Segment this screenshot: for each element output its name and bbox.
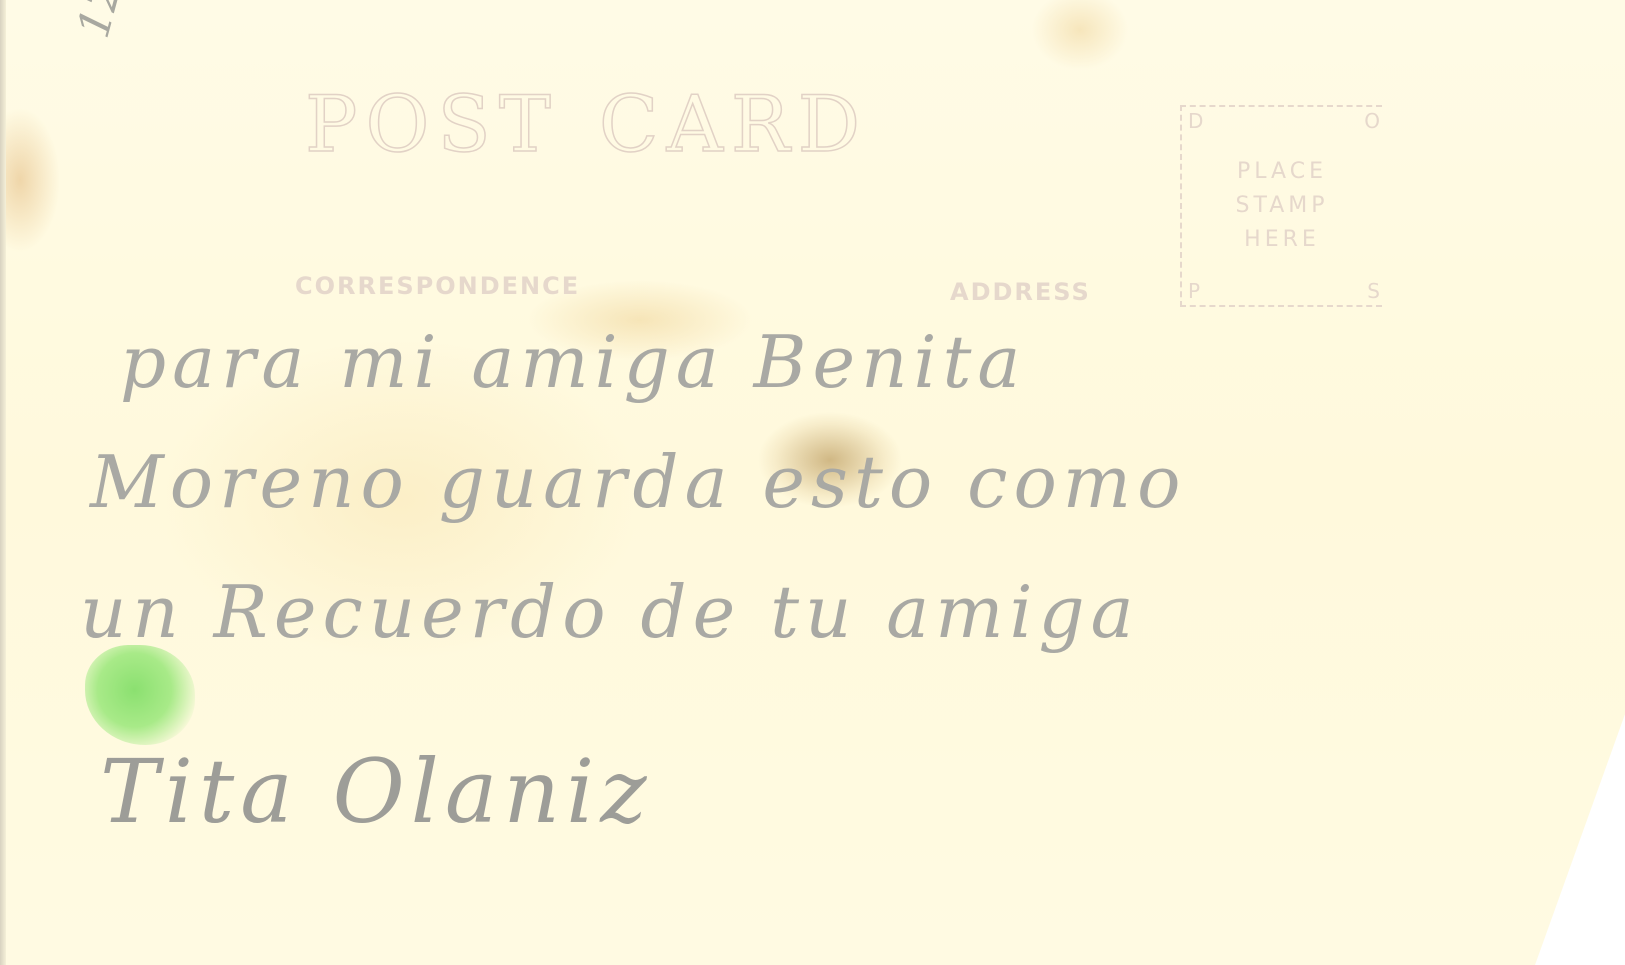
title-word-post: POST bbox=[305, 80, 559, 170]
margin-note: 12-8 bbox=[68, 0, 143, 43]
scan-edge bbox=[0, 0, 6, 965]
stamp-corner-s: S bbox=[1367, 279, 1380, 303]
handwriting-line-1: para mi amiga Benita bbox=[120, 320, 1026, 404]
correspondence-label: CORRESPONDENCE bbox=[295, 272, 580, 300]
stamp-text-stamp: STAMP bbox=[1182, 193, 1382, 218]
postcard-title: POSTCARD bbox=[305, 80, 868, 170]
stamp-text-place: PLACE bbox=[1182, 159, 1382, 184]
handwriting-line-2: Moreno guarda esto como bbox=[90, 440, 1186, 524]
green-crayon-mark bbox=[85, 645, 195, 745]
address-label: ADDRESS bbox=[950, 278, 1091, 306]
postcard-back: 12-8 POSTCARD CORRESPONDENCE ADDRESS D O… bbox=[0, 0, 1625, 965]
stamp-corner-d: D bbox=[1188, 109, 1203, 133]
stamp-corner-p: P bbox=[1188, 279, 1200, 303]
handwriting-line-3: un Recuerdo de tu amiga bbox=[80, 570, 1140, 654]
stamp-box: D O P S PLACE STAMP HERE bbox=[1180, 105, 1382, 307]
stamp-corner-o: O bbox=[1364, 109, 1380, 133]
stamp-text-here: HERE bbox=[1182, 227, 1382, 252]
title-word-card: CARD bbox=[599, 80, 868, 170]
signature: Tita Olaniz bbox=[100, 740, 653, 843]
